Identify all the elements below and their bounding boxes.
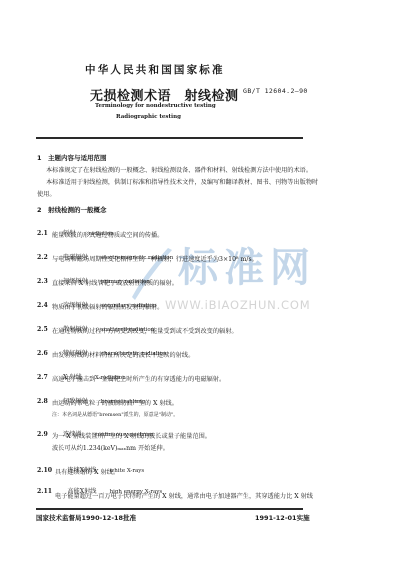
term-number: 2.9 xyxy=(37,431,48,438)
term-number: 2.2 xyxy=(37,254,48,261)
term-number: 2.6 xyxy=(37,350,48,357)
term-definition: 具有连续谱的 X 射线。 xyxy=(55,469,119,477)
term-definition: 与电场和磁场周期性变化相伴生的一种辐射，行进速度近乎为3×10⁸ m/s。 xyxy=(52,256,258,264)
term-definition: 由运动的带电粒子的被制动而产生的 X 射线。 xyxy=(52,400,178,408)
term-definition: 由发射射线的材料特征所决定的波长不连续的射线。 xyxy=(52,352,194,360)
term-number: 2.8 xyxy=(37,398,48,405)
term-number: 2.10 xyxy=(37,467,52,474)
term-note: 注：本名词是从德语"bremsen"派生的，原意是"制动"。 xyxy=(52,411,178,418)
header-rule xyxy=(36,137,303,139)
term-number: 2.1 xyxy=(37,230,48,237)
watermark-logo: 标准网 xyxy=(178,236,316,293)
term-number: 2.4 xyxy=(37,302,48,309)
document-title-cn: 无损检测术语 射线检测 xyxy=(90,85,239,104)
term-definition: 物质由于初级辐射的辐照而发射的辐射。 xyxy=(52,304,163,312)
term-definition: 为一 X 射线装置所产生的 X 射线的波长或量子能量范围。 xyxy=(52,433,211,441)
section1-para2-line2: 使用。 xyxy=(37,191,56,199)
term-definition: 能量以波的形式通过物质或空间的传播。 xyxy=(52,232,163,240)
term-number: 2.3 xyxy=(37,278,48,285)
standard-type-heading: 中华人民共和国国家标准 xyxy=(85,62,225,77)
watermark-url: WWW.iBIAOZHUN.COM xyxy=(165,298,310,312)
section1-para2-line1: 本标准适用于射线检测，供制订标准和指导性技术文件，及编写和翻译教材、图书、刊物等… xyxy=(46,179,318,187)
term-definition: 直接来自 X 射线管靶子或放射性物质的辐射。 xyxy=(52,280,178,288)
document-title-en-line1: Terminology for nondestructive testing xyxy=(95,103,216,109)
term-number: 2.11 xyxy=(37,488,52,495)
term-number: 2.7 xyxy=(37,374,48,381)
term-definition: 高速电子撞击到一金属靶上时所产生的有穿透能力的电磁辐射。 xyxy=(52,376,225,384)
section2-heading: 2 射线检测的一般概念 xyxy=(37,205,107,214)
effective-date: 1991-12-01实施 xyxy=(255,513,310,522)
term-number: 2.5 xyxy=(37,326,48,333)
term-definition: 在通过物质的过程中方向受到改变，能量受到或不受到改变的辐射。 xyxy=(52,328,238,336)
standard-code: GB/T 12604.2—90 xyxy=(243,87,308,95)
approval-date: 国家技术监督局1990-12-18批准 xyxy=(36,513,136,522)
document-title-en-line2: Radiographic testing xyxy=(116,114,181,120)
term-definition: 波长可从约1.234(keV)ₘₐₓnm 开始延伸。 xyxy=(52,445,169,453)
term-definition: 电子能量超过一百万电子伏特时产生的 X 射线，通常由电子加速器产生，其穿透能力比… xyxy=(55,493,313,501)
section1-heading: 1 主题内容与适用范围 xyxy=(37,153,107,162)
footer-rule xyxy=(36,508,303,510)
section1-para1: 本标准规定了在射线检测的一般概念、射线检测设备、器件和材料、射线检测方法中使用的… xyxy=(46,167,312,175)
